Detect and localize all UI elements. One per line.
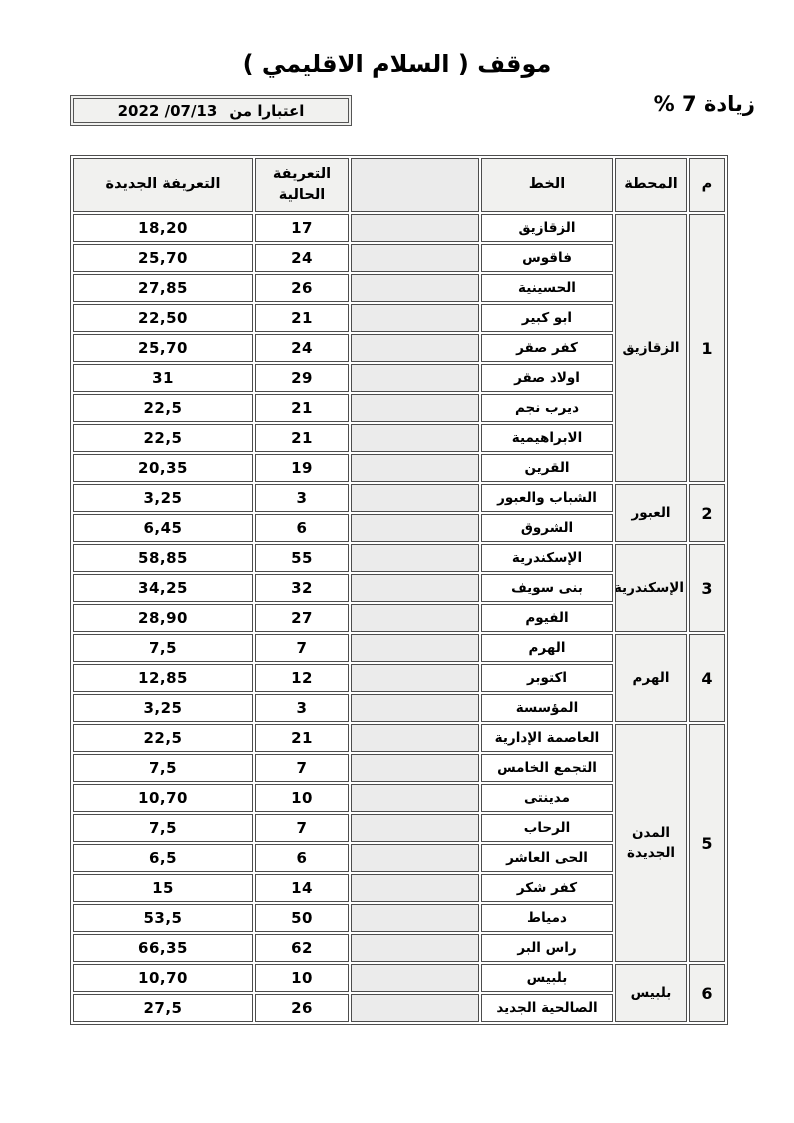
current-tariff-cell: 32 — [255, 574, 349, 602]
new-tariff-cell: 6,5 — [73, 844, 253, 872]
line-name-cell: العاصمة الإدارية — [481, 724, 613, 752]
new-tariff-cell: 3,25 — [73, 484, 253, 512]
blank-cell — [351, 334, 479, 362]
new-tariff-cell: 22,50 — [73, 304, 253, 332]
line-name-cell: الشروق — [481, 514, 613, 542]
new-tariff-cell: 25,70 — [73, 244, 253, 272]
blank-cell — [351, 544, 479, 572]
blank-cell — [351, 634, 479, 662]
line-name-cell: الفيوم — [481, 604, 613, 632]
new-tariff-cell: 27,85 — [73, 274, 253, 302]
current-tariff-header: التعريفة الحالية — [255, 158, 349, 212]
new-tariff-cell: 15 — [73, 874, 253, 902]
line-name-cell: مدينتى — [481, 784, 613, 812]
line-name-cell: اكتوبر — [481, 664, 613, 692]
fare-table-body: 1الزقازيقالزقازيق1718,20فاقوس2425,70الحس… — [73, 214, 725, 1022]
line-header: الخط — [481, 158, 613, 212]
new-tariff-cell: 7,5 — [73, 814, 253, 842]
current-tariff-cell: 21 — [255, 724, 349, 752]
current-tariff-cell: 12 — [255, 664, 349, 692]
line-name-cell: الرحاب — [481, 814, 613, 842]
effective-date-value: 2022 /07/13 — [118, 102, 218, 120]
current-tariff-cell: 26 — [255, 274, 349, 302]
line-name-cell: الزقازيق — [481, 214, 613, 242]
blank-cell — [351, 784, 479, 812]
line-name-cell: ديرب نجم — [481, 394, 613, 422]
new-tariff-cell: 66,35 — [73, 934, 253, 962]
table-row: 2العبورالشباب والعبور33,25 — [73, 484, 725, 512]
blank-cell — [351, 874, 479, 902]
current-tariff-cell: 26 — [255, 994, 349, 1022]
current-tariff-cell: 3 — [255, 484, 349, 512]
new-tariff-cell: 31 — [73, 364, 253, 392]
new-tariff-cell: 7,5 — [73, 754, 253, 782]
station-header: المحطة — [615, 158, 687, 212]
new-tariff-cell: 7,5 — [73, 634, 253, 662]
new-tariff-cell: 22,5 — [73, 724, 253, 752]
blank-cell — [351, 994, 479, 1022]
blank-cell — [351, 304, 479, 332]
blank-cell — [351, 214, 479, 242]
page-title: موقف ( السلام الاقليمي ) — [0, 50, 794, 78]
line-name-cell: الشباب والعبور — [481, 484, 613, 512]
current-tariff-cell: 7 — [255, 634, 349, 662]
row-number-cell: 5 — [689, 724, 725, 962]
current-tariff-cell: 27 — [255, 604, 349, 632]
blank-cell — [351, 394, 479, 422]
blank-cell — [351, 274, 479, 302]
row-number-cell: 6 — [689, 964, 725, 1022]
line-name-cell: ابو كبير — [481, 304, 613, 332]
line-name-cell: الصالحية الجديد — [481, 994, 613, 1022]
new-tariff-header: التعريفة الجديدة — [73, 158, 253, 212]
new-tariff-cell: 12,85 — [73, 664, 253, 692]
line-name-cell: القرين — [481, 454, 613, 482]
blank-cell — [351, 904, 479, 932]
line-name-cell: الهرم — [481, 634, 613, 662]
current-tariff-cell: 21 — [255, 394, 349, 422]
current-tariff-cell: 62 — [255, 934, 349, 962]
blank-cell — [351, 844, 479, 872]
new-tariff-cell: 58,85 — [73, 544, 253, 572]
current-tariff-cell: 50 — [255, 904, 349, 932]
station-group-cell: الزقازيق — [615, 214, 687, 482]
new-tariff-cell: 6,45 — [73, 514, 253, 542]
new-tariff-cell: 3,25 — [73, 694, 253, 722]
blank-cell — [351, 574, 479, 602]
station-group-cell: بلبيس — [615, 964, 687, 1022]
increase-note: زيادة 7 % — [654, 92, 755, 116]
line-name-cell: الابراهيمية — [481, 424, 613, 452]
current-tariff-cell: 3 — [255, 694, 349, 722]
line-name-cell: الحسينية — [481, 274, 613, 302]
blank-cell — [351, 754, 479, 782]
current-tariff-cell: 24 — [255, 334, 349, 362]
line-name-cell: راس البر — [481, 934, 613, 962]
current-tariff-cell: 24 — [255, 244, 349, 272]
blank-cell — [351, 964, 479, 992]
current-tariff-cell: 14 — [255, 874, 349, 902]
new-tariff-cell: 22,5 — [73, 394, 253, 422]
station-group-cell: المدن الجديدة — [615, 724, 687, 962]
fare-table: م المحطة الخط التعريفة الحالية التعريفة … — [70, 155, 728, 1025]
blank-cell — [351, 484, 479, 512]
row-number-cell: 1 — [689, 214, 725, 482]
table-header-row: م المحطة الخط التعريفة الحالية التعريفة … — [73, 158, 725, 212]
new-tariff-cell: 10,70 — [73, 784, 253, 812]
current-tariff-cell: 55 — [255, 544, 349, 572]
current-tariff-cell: 7 — [255, 814, 349, 842]
station-group-cell: العبور — [615, 484, 687, 542]
effective-date-box: اعتبارا من 2022 /07/13 — [70, 95, 352, 126]
current-tariff-cell: 17 — [255, 214, 349, 242]
blank-cell — [351, 604, 479, 632]
current-tariff-cell: 10 — [255, 784, 349, 812]
blank-cell — [351, 514, 479, 542]
table-row: 6بلبيسبلبيس1010,70 — [73, 964, 725, 992]
new-tariff-cell: 22,5 — [73, 424, 253, 452]
line-name-cell: بنى سويف — [481, 574, 613, 602]
line-name-cell: دمياط — [481, 904, 613, 932]
blank-cell — [351, 694, 479, 722]
new-tariff-cell: 27,5 — [73, 994, 253, 1022]
line-name-cell: كفر صقر — [481, 334, 613, 362]
line-name-cell: بلبيس — [481, 964, 613, 992]
new-tariff-cell: 25,70 — [73, 334, 253, 362]
current-tariff-cell: 29 — [255, 364, 349, 392]
table-row: 1الزقازيقالزقازيق1718,20 — [73, 214, 725, 242]
table-row: 5المدن الجديدةالعاصمة الإدارية2122,5 — [73, 724, 725, 752]
table-row: 3الإسكندريةالإسكندرية5558,85 — [73, 544, 725, 572]
current-tariff-cell: 6 — [255, 844, 349, 872]
current-tariff-cell: 19 — [255, 454, 349, 482]
table-row: 4الهرمالهرم77,5 — [73, 634, 725, 662]
new-tariff-cell: 34,25 — [73, 574, 253, 602]
num-header: م — [689, 158, 725, 212]
effective-date-label: اعتبارا من — [229, 102, 304, 120]
current-tariff-cell: 6 — [255, 514, 349, 542]
blank-cell — [351, 934, 479, 962]
station-group-cell: الهرم — [615, 634, 687, 722]
line-name-cell: فاقوس — [481, 244, 613, 272]
new-tariff-cell: 10,70 — [73, 964, 253, 992]
line-name-cell: الإسكندرية — [481, 544, 613, 572]
blank-cell — [351, 814, 479, 842]
current-tariff-cell: 21 — [255, 304, 349, 332]
line-name-cell: كفر شكر — [481, 874, 613, 902]
blank-cell — [351, 664, 479, 692]
line-name-cell: التجمع الخامس — [481, 754, 613, 782]
blank-header — [351, 158, 479, 212]
row-number-cell: 4 — [689, 634, 725, 722]
row-number-cell: 2 — [689, 484, 725, 542]
new-tariff-cell: 20,35 — [73, 454, 253, 482]
row-number-cell: 3 — [689, 544, 725, 632]
blank-cell — [351, 424, 479, 452]
line-name-cell: اولاد صقر — [481, 364, 613, 392]
new-tariff-cell: 53,5 — [73, 904, 253, 932]
line-name-cell: المؤسسة — [481, 694, 613, 722]
current-tariff-cell: 7 — [255, 754, 349, 782]
station-group-cell: الإسكندرية — [615, 544, 687, 632]
blank-cell — [351, 244, 479, 272]
blank-cell — [351, 454, 479, 482]
current-tariff-cell: 10 — [255, 964, 349, 992]
blank-cell — [351, 364, 479, 392]
line-name-cell: الحى العاشر — [481, 844, 613, 872]
current-tariff-cell: 21 — [255, 424, 349, 452]
new-tariff-cell: 18,20 — [73, 214, 253, 242]
blank-cell — [351, 724, 479, 752]
new-tariff-cell: 28,90 — [73, 604, 253, 632]
document-page: موقف ( السلام الاقليمي ) زيادة 7 % اعتبا… — [0, 0, 794, 1123]
